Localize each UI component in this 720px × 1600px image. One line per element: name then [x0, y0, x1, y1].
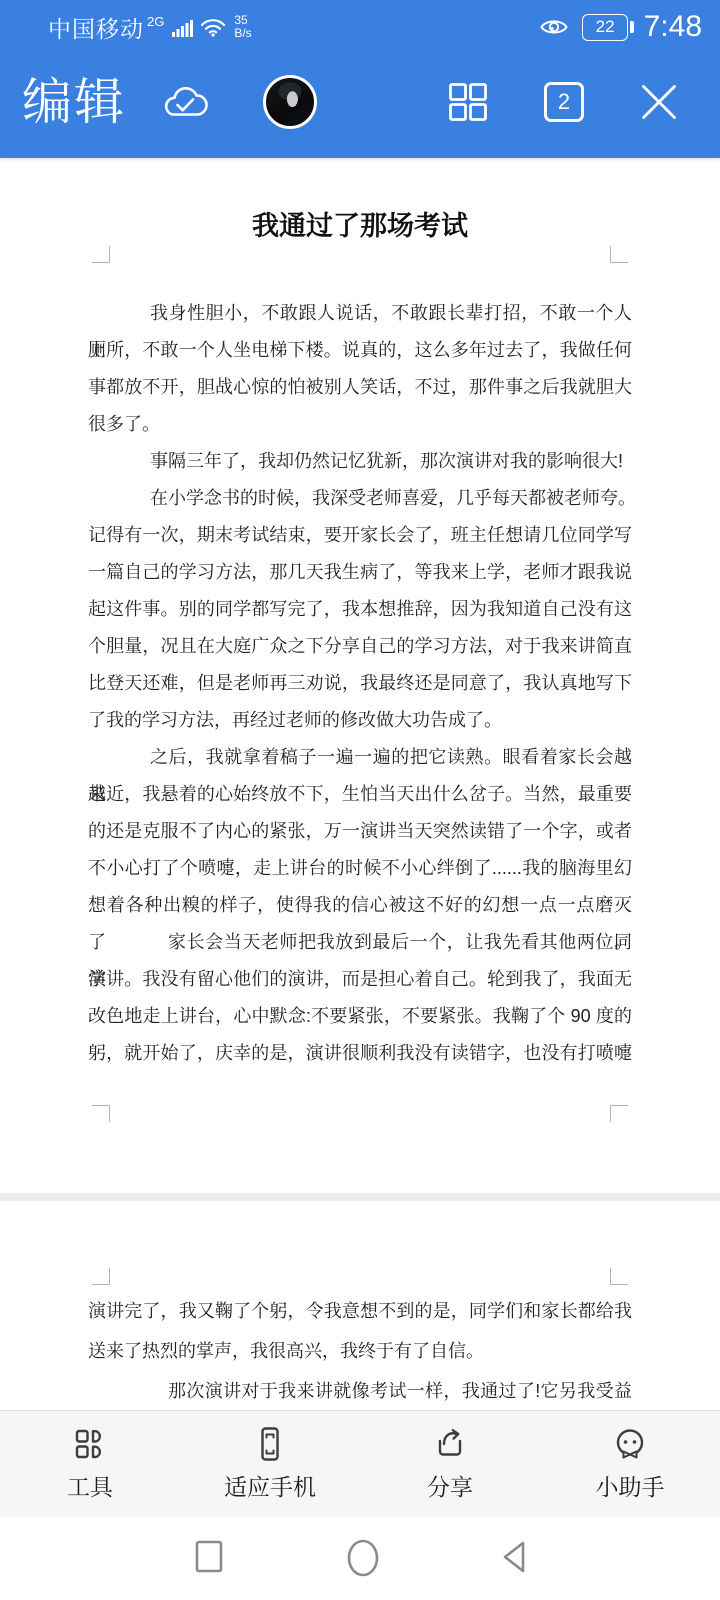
page-corner-mark — [92, 246, 110, 263]
tools-button[interactable]: 工具 — [5, 1411, 175, 1502]
carrier-label: 中国移动 — [48, 11, 144, 44]
wifi-icon — [200, 17, 226, 37]
document-line: 在小学念书的时候，我深受老师喜爱，几乎每天都被老师夸。 — [88, 480, 632, 517]
status-right: 22 7:48 — [534, 10, 702, 44]
screen: 中国移动 2G — [0, 0, 720, 1600]
status-left: 中国移动 2G — [48, 11, 252, 44]
cloud-sync-icon[interactable] — [160, 82, 210, 122]
recents-button[interactable] — [189, 1537, 229, 1577]
eye-protection-icon — [540, 17, 568, 37]
status-time: 7:48 — [644, 10, 702, 44]
page-corner-mark — [610, 1268, 628, 1285]
document-line: 越近，我悬着的心始终放不下，生怕当天出什么岔子。当然，最重要 — [88, 776, 632, 813]
assistant-button[interactable]: 小助手 — [545, 1411, 715, 1502]
net-speed: 35 B/s — [234, 14, 251, 40]
document-line: 厕所，不敢一个人坐电梯下楼。说真的，这么多年过去了，我做任何 — [88, 332, 632, 369]
document-line: 之后，我就拿着稿子一遍一遍的把它读熟。眼看着家长会越来 — [88, 739, 632, 776]
document-line: 改色地走上讲台，心中默念:不要紧张，不要紧张。我鞠了个 90 度的 — [88, 998, 632, 1035]
document-line: 我身性胆小，不敢跟人说话，不敢跟长辈打招，不敢一个人上 — [88, 295, 632, 332]
network-type-label: 2G — [147, 14, 164, 29]
document-text-block: 我身性胆小，不敢跟人说话，不敢跟长辈打招，不敢一个人上厕所，不敢一个人坐电梯下楼… — [88, 295, 632, 1072]
page-corner-mark — [92, 1105, 110, 1122]
assistant-label: 小助手 — [596, 1469, 665, 1502]
page-corner-mark — [92, 1268, 110, 1285]
app-bar: 编辑 2 — [0, 46, 720, 158]
document-line: 送来了热烈的掌声，我很高兴，我终于有了自信。 — [88, 1331, 632, 1371]
page-corner-mark — [610, 1105, 628, 1122]
document-line: 个胆量，况且在大庭广众之下分享自己的学习方法，对于我来讲简直 — [88, 628, 632, 665]
document-line: 想着各种出糗的样子，使得我的信心被这不好的幻想一点一点磨灭了。 — [88, 887, 632, 924]
tab-count-button[interactable]: 2 — [544, 82, 584, 122]
grid-view-icon[interactable] — [447, 81, 489, 123]
document-page-1[interactable]: 我通过了那场考试 我身性胆小，不敢跟人说话，不敢跟长辈打招，不敢一个人上厕所，不… — [0, 208, 720, 1193]
document-line: 了我的学习方法，再经过老师的修改做大功告成了。 — [88, 702, 632, 739]
document-title: 我通过了那场考试 — [0, 208, 720, 245]
document-line: 不小心打了个喷嚏，走上讲台的时候不小心绊倒了......我的脑海里幻 — [88, 850, 632, 887]
tools-grid-icon — [70, 1424, 110, 1464]
battery-icon: 22 — [582, 14, 634, 41]
page-separator — [0, 1193, 720, 1201]
document-line: 很多了。 — [88, 406, 632, 443]
document-line: 家长会当天老师把我放到最后一个，让我先看其他两位同学 — [88, 924, 632, 961]
document-line: 演讲完了，我又鞠了个躬，令我意想不到的是，同学们和家长都给我 — [88, 1291, 632, 1331]
signal-bars-icon — [172, 17, 194, 37]
back-button[interactable] — [495, 1537, 535, 1577]
android-nav-bar — [0, 1517, 720, 1600]
close-icon[interactable] — [638, 81, 680, 123]
document-line: 起这件事。别的同学都写完了，我本想推辞，因为我知道自己没有这 — [88, 591, 632, 628]
assistant-icon — [610, 1424, 650, 1464]
fit-phone-label: 适应手机 — [224, 1469, 316, 1502]
document-line: 记得有一次，期末考试结束，要开家长会了，班主任想请几位同学写 — [88, 517, 632, 554]
document-line: 那次演讲对于我来讲就像考试一样，我通过了!它另我受益非浅， — [88, 1371, 632, 1411]
document-line: 躬，就开始了，庆幸的是，演讲很顺利我没有读错字，也没有打喷嚏 — [88, 1035, 632, 1072]
document-line: 演讲。我没有留心他们的演讲，而是担心着自己。轮到我了，我面无 — [88, 961, 632, 998]
status-bar: 中国移动 2G — [0, 0, 720, 46]
fit-phone-icon — [250, 1424, 290, 1464]
battery-nub — [630, 21, 634, 33]
header: 中国移动 2G — [0, 0, 720, 158]
avatar[interactable] — [263, 75, 317, 129]
document-view: 我通过了那场考试 我身性胆小，不敢跟人说话，不敢跟长辈打招，不敢一个人上厕所，不… — [0, 158, 720, 1410]
document-line: 事隔三年了，我却仍然记忆犹新，那次演讲对我的影响很大! — [88, 443, 632, 480]
document-line: 比登天还难，但是老师再三劝说，我最终还是同意了，我认真地写下 — [88, 665, 632, 702]
fit-phone-button[interactable]: 适应手机 — [185, 1411, 355, 1502]
home-button[interactable] — [343, 1537, 383, 1579]
document-line: 一篇自己的学习方法，那几天我生病了，等我来上学，老师才跟我说 — [88, 554, 632, 591]
page-corner-mark — [610, 246, 628, 263]
net-speed-unit: B/s — [234, 27, 251, 40]
edit-mode-button[interactable]: 编辑 — [22, 77, 126, 127]
share-label: 分享 — [427, 1469, 473, 1502]
share-button[interactable]: 分享 — [365, 1411, 535, 1502]
battery-level: 22 — [582, 14, 628, 41]
tools-label: 工具 — [67, 1469, 113, 1502]
bottom-toolbar: 工具 适应手机 分享 — [0, 1410, 720, 1517]
share-icon — [430, 1424, 470, 1464]
document-line: 的还是克服不了内心的紧张，万一演讲当天突然读错了一个字，或者 — [88, 813, 632, 850]
document-line: 事都放不开，胆战心惊的怕被别人笑话，不过，那件事之后我就胆大 — [88, 369, 632, 406]
